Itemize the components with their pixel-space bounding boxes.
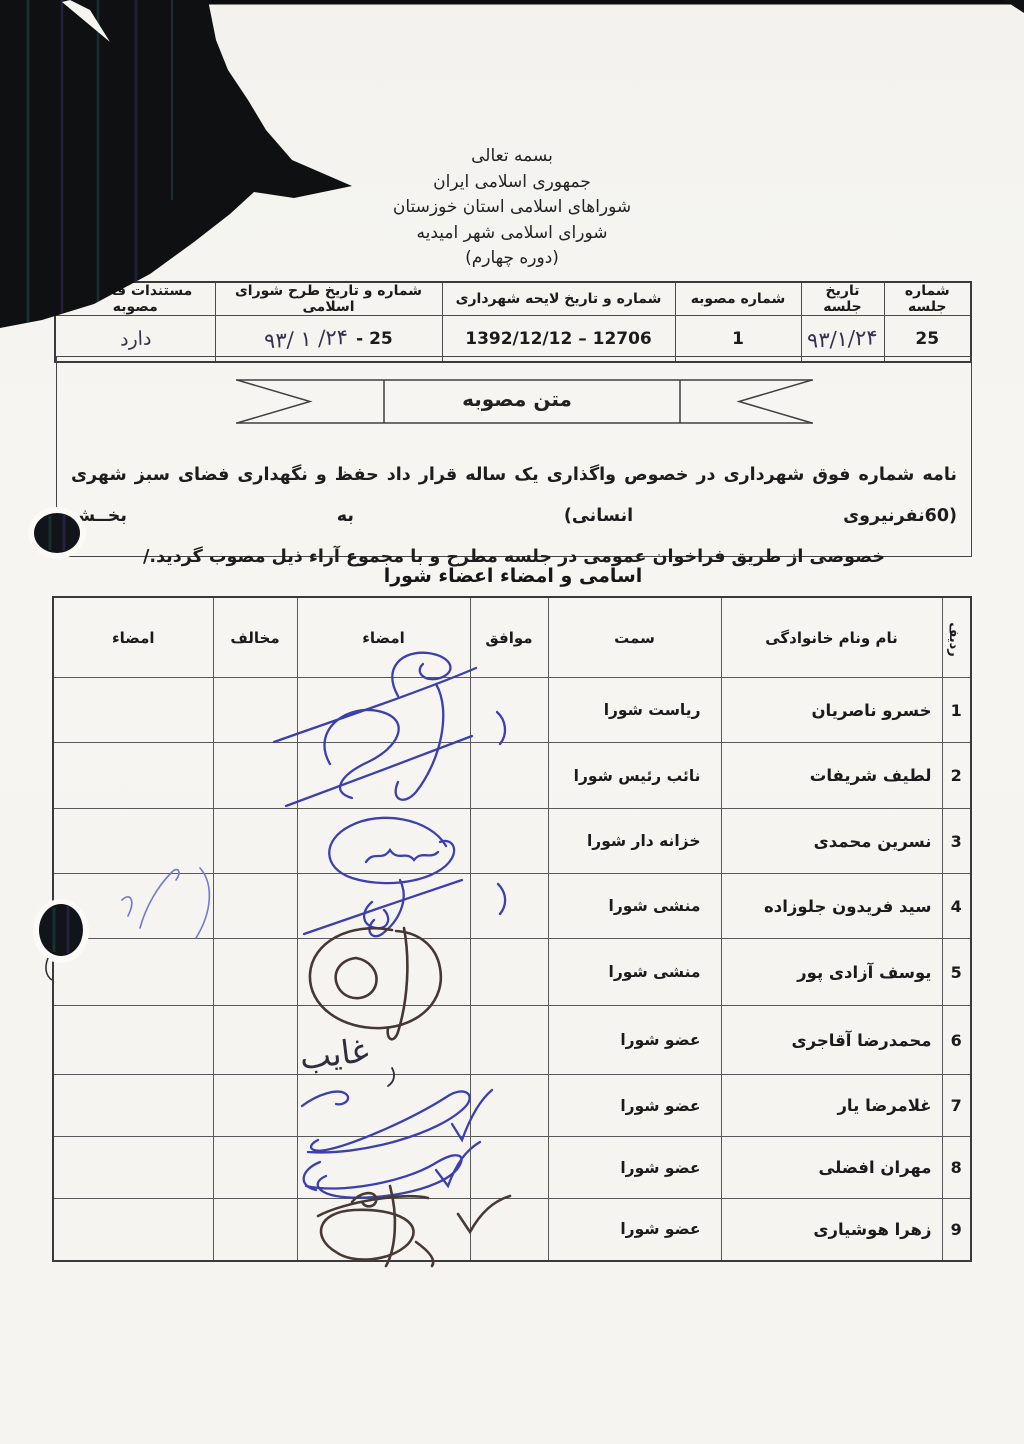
member-name: مهران افضلی [721,1137,942,1199]
member-no: 2 [942,743,971,809]
signature-left-cell [53,874,213,939]
resolution-banner-title: متن مصوبه [369,387,665,411]
scan-top-edge [0,0,1024,5]
header-name: نام ونام خانوادگی [721,597,942,678]
member-no: 4 [942,874,971,939]
signature-left-cell [53,743,213,809]
signature-left-cell [53,678,213,743]
member-position: نائب رئیس شورا [548,743,721,809]
session-header-row: شماره جلسه تاریخ جلسه شماره مصوبه شماره … [55,282,971,316]
signature-left-cell [53,1137,213,1199]
member-name: غلامرضا یار [721,1075,942,1137]
letterhead-line-basmala: بسمه تعالی [0,144,1024,170]
letterhead-line-country: جمهوری اسلامی ایران [0,170,1024,196]
member-row-8: 8 مهران افضلی عضو شورا [53,1137,971,1199]
member-position: ریاست شورا [548,678,721,743]
resolution-text-line1: نامه شماره فوق شهرداری در خصوص واگذاری ی… [71,455,957,537]
header-session-date: تاریخ جلسه [801,282,884,316]
header-row-no: ردیف [942,597,971,678]
member-name: سید فریدون جلوزاده [721,874,942,939]
resolution-text: نامه شماره فوق شهرداری در خصوص واگذاری ی… [71,455,957,578]
agree-cell [470,678,548,743]
oppose-cell [213,939,297,1006]
member-position: عضو شورا [548,1137,721,1199]
agree-cell [470,939,548,1006]
member-row-1: 1 خسرو ناصریان ریاست شورا [53,678,971,743]
header-municipal-bill: شماره و تاریخ لایحه شهرداری [442,282,675,316]
members-table: ردیف نام ونام خانوادگی سمت موافق امضاء م… [52,596,972,1262]
oppose-cell [213,1199,297,1261]
oppose-cell [213,874,297,939]
row-no-label: ردیف [946,622,961,657]
member-position: عضو شورا [548,1006,721,1075]
signature-cell [297,1006,470,1075]
signature-cell [297,1137,470,1199]
signature-cell [297,743,470,809]
header-resolution-no: شماره مصوبه [675,282,801,316]
letterhead-line-term: (دوره چهارم) [0,246,1024,272]
member-position: عضو شورا [548,1199,721,1261]
member-row-6: 6 محمدرضا آقاجری عضو شورا [53,1006,971,1075]
member-name: خسرو ناصریان [721,678,942,743]
member-position: عضو شورا [548,1075,721,1137]
member-name: یوسف آزادی پور [721,939,942,1006]
letterhead-line-city: شورای اسلامی شهر امیدیه [0,221,1024,247]
member-position: منشی شورا [548,874,721,939]
oppose-cell [213,1137,297,1199]
header-session-no: شماره جلسه [884,282,971,316]
member-position: منشی شورا [548,939,721,1006]
member-position: خزانه دار شورا [548,809,721,874]
member-no: 1 [942,678,971,743]
agree-cell [470,809,548,874]
member-row-5: 5 یوسف آزادی پور منشی شورا [53,939,971,1006]
member-row-7: 7 غلامرضا یار عضو شورا [53,1075,971,1137]
agree-cell [470,743,548,809]
agree-cell [470,1075,548,1137]
letterhead-line-province: شوراهای اسلامی استان خوزستان [0,195,1024,221]
scanned-page: بسمه تعالی جمهوری اسلامی ایران شوراهای ا… [0,0,1024,1444]
signature-left-cell [53,939,213,1006]
plan-number: - 25 [356,329,393,349]
signature-left-cell [53,809,213,874]
oppose-cell [213,1075,297,1137]
member-no: 3 [942,809,971,874]
signature-cell [297,678,470,743]
header-legal-docs: مستندات قانونی مصوبه [55,282,215,316]
oppose-cell [213,678,297,743]
signature-left-cell [53,1075,213,1137]
signature-cell [297,939,470,1006]
agree-cell [470,1137,548,1199]
agree-cell [470,1199,548,1261]
signature-cell [297,809,470,874]
agree-cell [470,1006,548,1075]
member-name: محمدرضا آقاجری [721,1006,942,1075]
oppose-cell [213,743,297,809]
member-no: 7 [942,1075,971,1137]
agree-cell [470,874,548,939]
member-name: نسرین محمدی [721,809,942,874]
member-no: 6 [942,1006,971,1075]
member-name: لطیف شریفات [721,743,942,809]
signature-left-cell [53,1199,213,1261]
members-header-row: ردیف نام ونام خانوادگی سمت موافق امضاء م… [53,597,971,678]
member-no: 9 [942,1199,971,1261]
oppose-cell [213,1006,297,1075]
session-info-table: شماره جلسه تاریخ جلسه شماره مصوبه شماره … [54,281,972,363]
signature-left-cell [53,1006,213,1075]
member-row-3: 3 نسرین محمدی خزانه دار شورا [53,809,971,874]
oppose-cell [213,809,297,874]
handwritten-session-date: ۹۳/۱/۲۴ [807,325,878,353]
member-name: زهرا هوشیاری [721,1199,942,1261]
header-signature: امضاء [297,597,470,678]
handwritten-plan-date: ۹۳/ ۱ /۲۴ [264,324,348,352]
torn-white-notch [62,0,110,42]
header-signature-left: امضاء [53,597,213,678]
municipal-bill-number: 1392/12/12 – 12706 [465,329,652,349]
member-no: 5 [942,939,971,1006]
signature-cell [297,1199,470,1261]
letterhead: بسمه تعالی جمهوری اسلامی ایران شوراهای ا… [0,144,1024,272]
resolution-box: متن مصوبه نامه شماره فوق شهرداری در خصوص… [56,356,972,557]
scan-corner-top-right [1004,0,1024,13]
header-position: سمت [548,597,721,678]
member-no: 8 [942,1137,971,1199]
header-council-plan: شماره و تاریخ طرح شورای اسلامی [215,282,442,316]
signature-cell [297,874,470,939]
handwritten-legal-docs: دارد [119,327,151,350]
member-row-4: 4 سید فریدون جلوزاده منشی شورا [53,874,971,939]
members-section-title: اسامی و امضاء اعضاء شورا [54,565,972,587]
header-agree: موافق [470,597,548,678]
signature-cell [297,1075,470,1137]
member-row-9: 9 زهرا هوشیاری عضو شورا [53,1199,971,1261]
header-oppose: مخالف [213,597,297,678]
member-row-2: 2 لطیف شریفات نائب رئیس شورا [53,743,971,809]
